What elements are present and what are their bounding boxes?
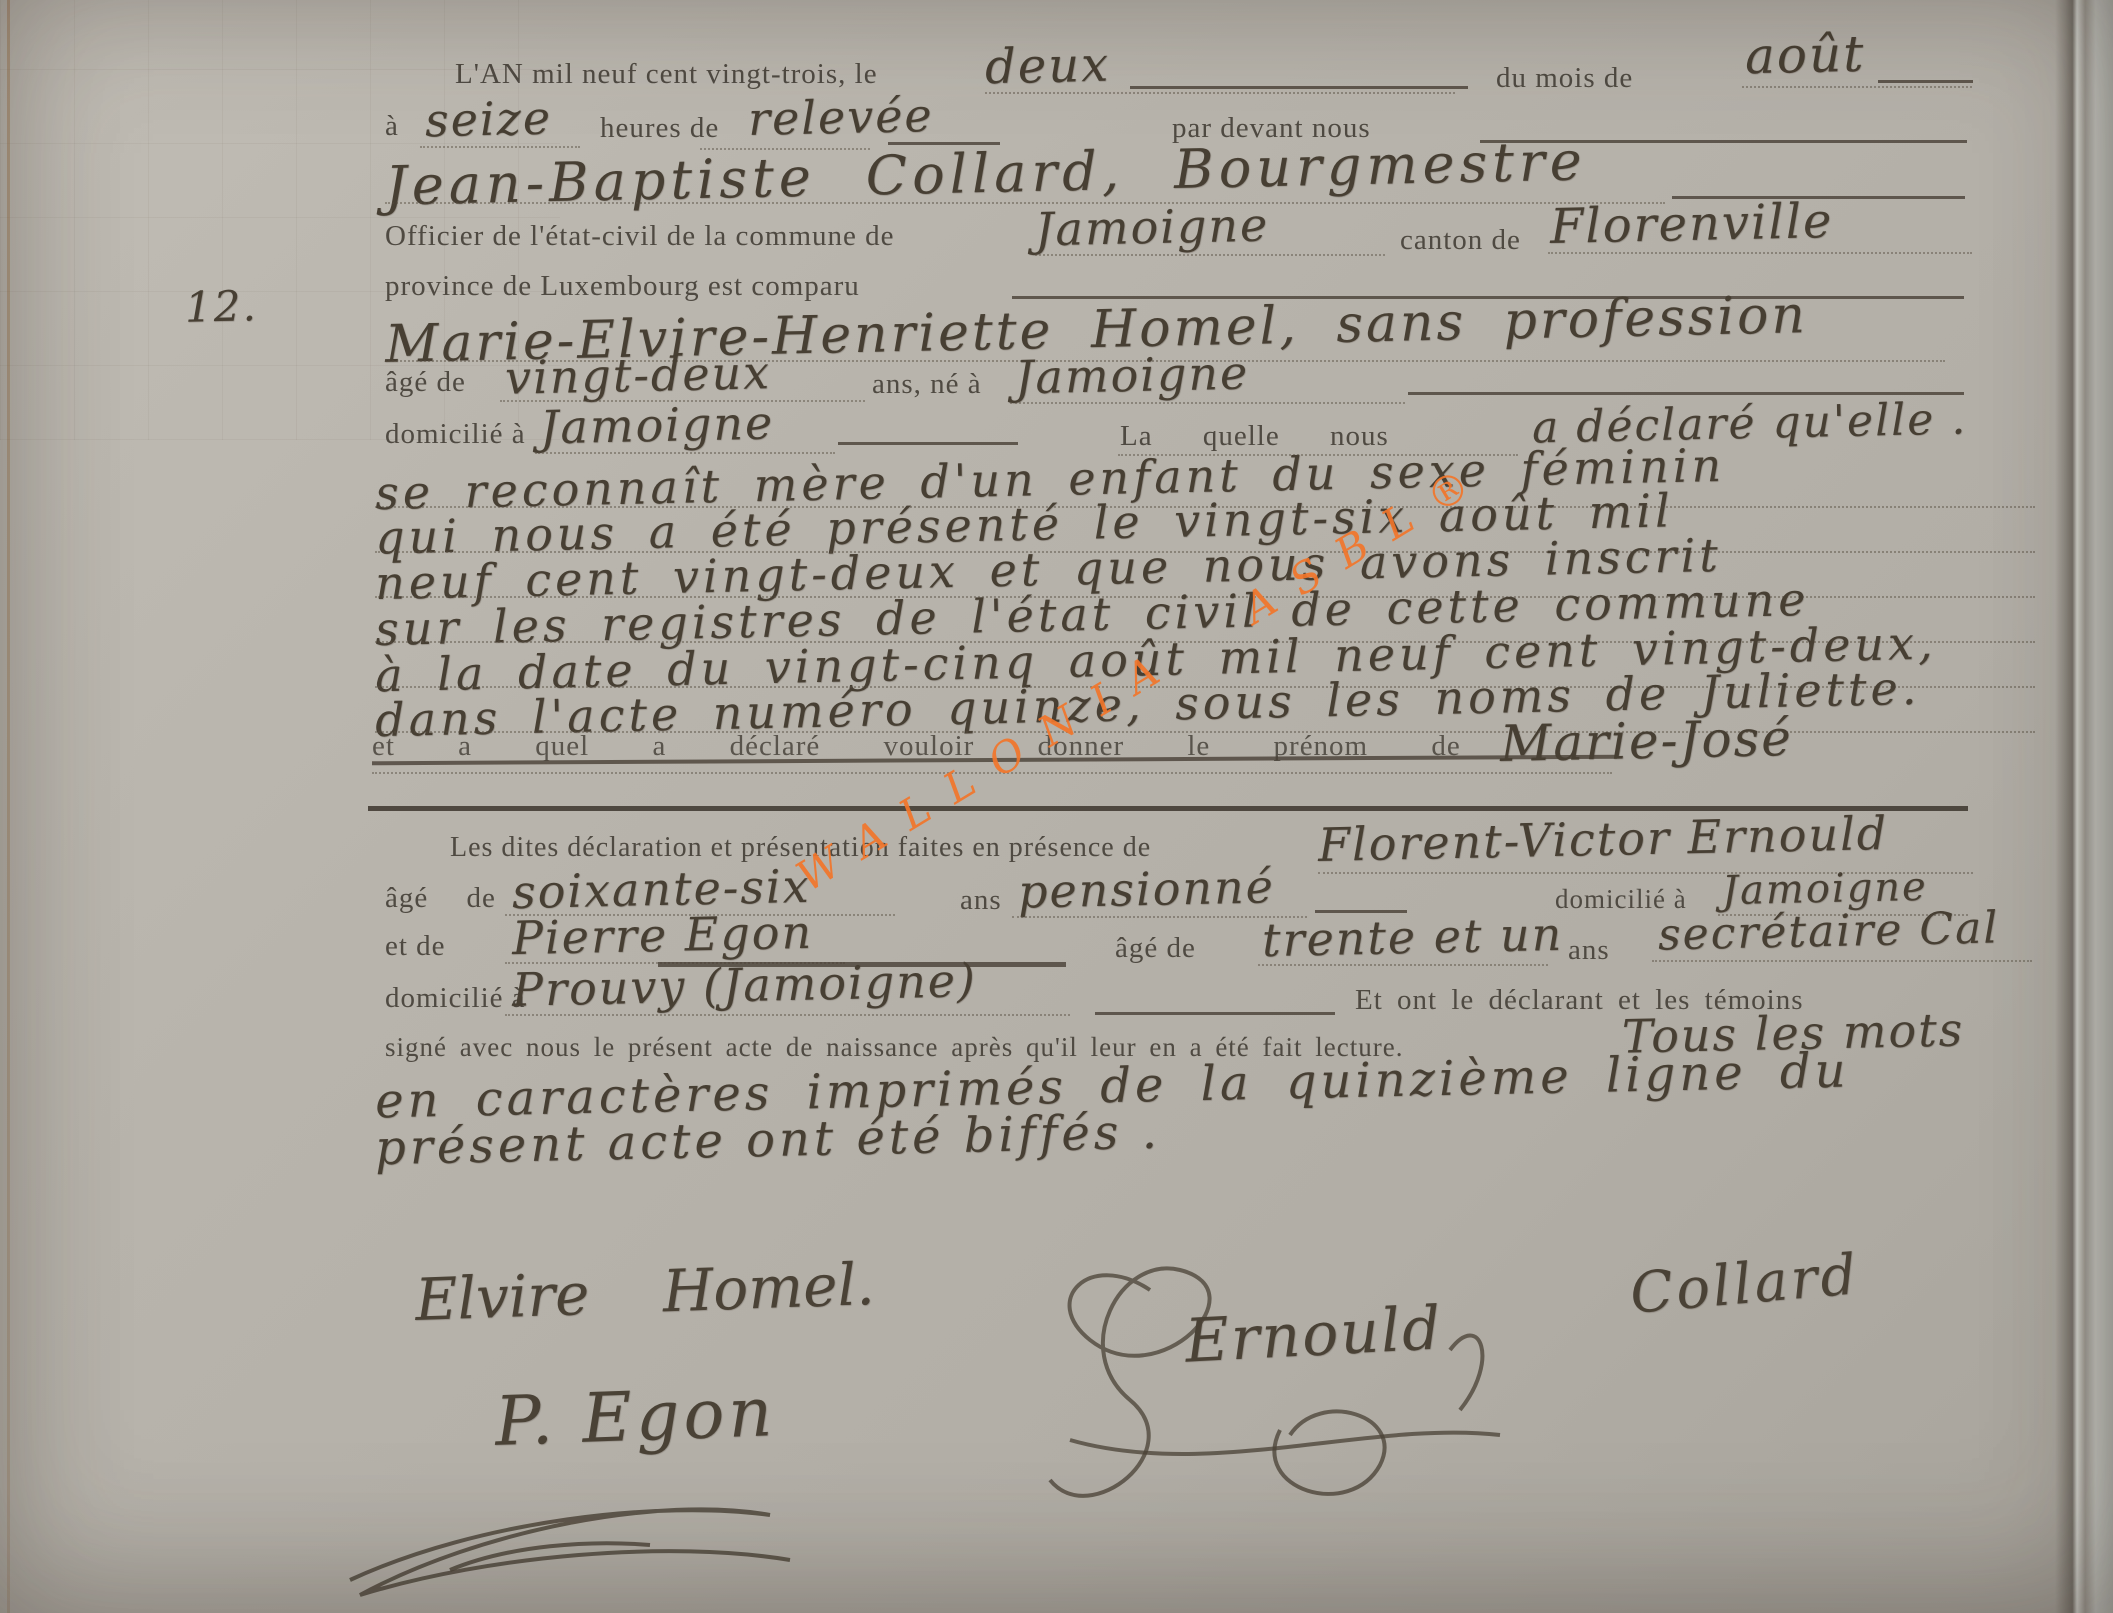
handwritten-day: deux: [984, 37, 1110, 96]
dotted-fill: [985, 92, 1455, 94]
printed-heures-de: heures de: [600, 112, 719, 145]
handwritten-hour: seize: [424, 91, 552, 148]
ink-rule: [1130, 86, 1468, 89]
page-left-margin-line: [7, 0, 10, 1613]
printed-officier-commune: Officier de l'état-civil de la commune d…: [385, 220, 895, 253]
dotted-fill: [1742, 86, 1972, 88]
handwritten-relevee: relevée: [747, 88, 934, 146]
dotted-fill: [505, 1014, 1070, 1016]
dotted-fill: [1035, 254, 1385, 256]
printed-et-de: et de: [385, 930, 446, 963]
handwritten-birthplace: Jamoigne: [1014, 346, 1249, 405]
printed-domicilie-a: domicilié à: [385, 418, 526, 451]
signature-egon-flourish: [330, 1460, 810, 1610]
ink-rule: [1878, 80, 1973, 83]
printed-province-comparu: province de Luxembourg est comparu: [385, 270, 860, 303]
dotted-fill: [385, 202, 1665, 204]
printed-a: à: [385, 110, 399, 143]
signature-ernould-flourish: [1030, 1230, 1630, 1560]
page-binding-edge: [2055, 0, 2113, 1613]
dotted-fill: [420, 146, 580, 148]
dotted-fill: [1258, 964, 1548, 966]
printed-domicilie-a-3: domicilié à: [385, 982, 526, 1015]
handwritten-witness1-profession: pensionné: [1017, 859, 1275, 918]
printed-age-de-3: âgé de: [1115, 932, 1196, 965]
handwritten-witness2-profession: secrétaire Cal: [1658, 902, 2000, 960]
printed-ans-3: ans: [1568, 934, 1610, 967]
ink-rule: [838, 442, 1018, 445]
printed-ans-ne-a: ans, né à: [872, 368, 982, 401]
ink-rule: [1095, 1012, 1335, 1015]
dotted-fill: [535, 452, 835, 454]
handwritten-commune: Jamoigne: [1034, 198, 1269, 257]
dotted-fill: [1010, 402, 1405, 404]
handwritten-witness2-age: trente et un: [1261, 907, 1563, 967]
printed-du-mois-de: du mois de: [1496, 62, 1633, 95]
handwritten-witness2-domicile: Prouvy (Jamoigne): [511, 953, 977, 1017]
handwritten-officer-name: Jean-Baptiste Collard, Bourgmestre: [384, 129, 1587, 217]
birth-certificate-scan: 12. L'AN mil neuf cent vingt-trois, le d…: [0, 0, 2113, 1613]
dotted-fill: [1652, 960, 2032, 962]
handwritten-domicile: Jamoigne: [539, 396, 774, 455]
act-margin-number: 12.: [184, 281, 258, 332]
printed-ans-2: ans: [960, 884, 1002, 917]
printed-canton-de: canton de: [1400, 224, 1521, 257]
printed-year-line: L'AN mil neuf cent vingt-trois, le: [455, 58, 878, 91]
handwritten-witness2-name: Pierre Egon: [511, 905, 813, 965]
printed-age-de-2: âgé de: [385, 882, 496, 915]
handwritten-witness1-name: Florent-Victor Ernould: [1317, 806, 1888, 872]
handwritten-month: août: [1744, 25, 1865, 86]
signature-collard: Collard: [1628, 1242, 1862, 1327]
handwritten-canton: Florenville: [1549, 193, 1834, 255]
signature-p-egon: P. Egon: [494, 1373, 778, 1462]
signature-elvire-homel: Elvire Homel.: [414, 1250, 876, 1334]
handwritten-prenom: Marie-José: [1499, 709, 1793, 773]
dotted-fill: [1548, 252, 1972, 254]
printed-age-de: âgé de: [385, 366, 466, 399]
